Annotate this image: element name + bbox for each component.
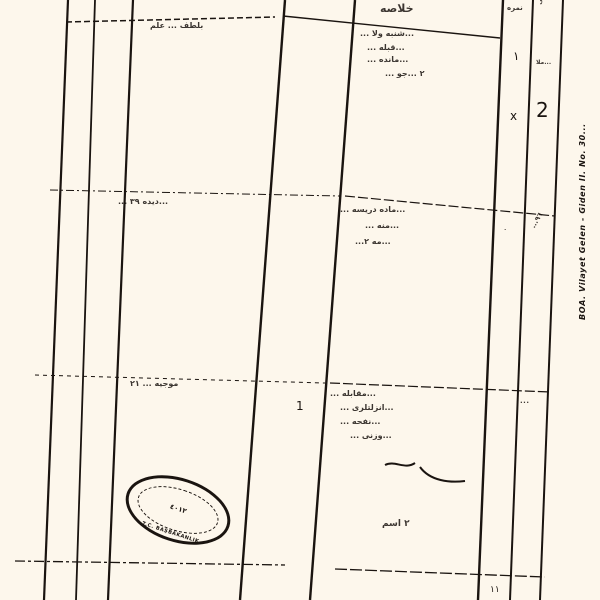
row1-left-note: بلطف ... علم [150, 22, 203, 30]
row3-date-note: ... [520, 398, 529, 405]
archive-reference: BOA. Vilayet Gelen - Giden II. No. 30... [578, 123, 587, 320]
row2-summary-line: ...مه ٢... [355, 238, 391, 246]
table-grid [0, 0, 600, 600]
row2-summary-line: ...ماده دریسه ... [340, 206, 405, 214]
row1-mark: x [510, 110, 517, 122]
signature-flourish [380, 455, 470, 485]
row3-summary-line: ...مقابله ... [330, 390, 376, 398]
row3-summary-line: ...نفحه ... [340, 418, 380, 426]
row3-summary-line: ...وزنی ... [350, 432, 392, 440]
row3-left-note: موجیه ... ٢١ [130, 380, 178, 388]
row1-summary-line: ...شنبه ولا ... [360, 30, 414, 38]
row3-side-mark: 1 [296, 400, 304, 412]
row2-left-note: ...دیده ٣٩ ... [118, 198, 168, 206]
row1-date-note: ...ملا [536, 60, 551, 66]
summary-column-header: خلاصه [380, 3, 414, 14]
row1-summary-line: ...قبله ... [367, 44, 405, 52]
number-column-header: نمره [507, 5, 523, 12]
row1-summary-line: ...مانده ... [367, 56, 408, 64]
row3-bottom-note: ٢ اسم [382, 520, 410, 529]
row4-row-number: ١١ [490, 586, 500, 595]
row1-entry-number: 2 [536, 100, 549, 120]
row2-summary-line: ...منه ... [365, 222, 399, 230]
row1-row-number: ١ [513, 50, 519, 62]
row2-row-number: ٠ [503, 226, 507, 234]
row1-summary-line: ٢ ...جو ... [385, 70, 424, 78]
register-page: خلاصه نمره ورودی تاریخی BOA. Vilayet Gel… [0, 0, 600, 600]
row3-summary-line: ...انزلتلری ... [340, 404, 394, 412]
